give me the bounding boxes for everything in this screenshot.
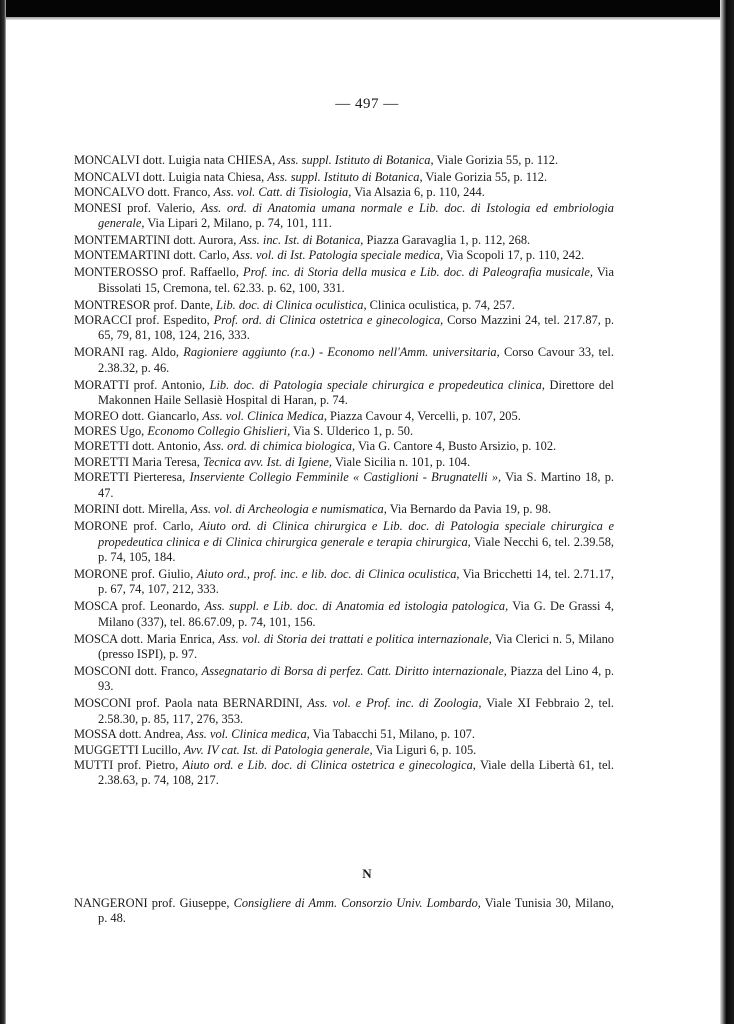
directory-entry: MONCALVO dott. Franco, Ass. vol. Catt. d… [74,185,614,200]
entry-role: Aiuto ord. e Lib. doc. di Clinica ostetr… [183,758,476,772]
directory-entry: MUGGETTI Lucillo, Avv. IV cat. Ist. di P… [74,743,614,758]
entry-name: MORETTI [74,439,129,453]
entry-name: MORONE [74,567,128,581]
entry-title: prof. Giulio, [128,567,197,581]
entry-title: prof. Pietro, [113,758,182,772]
directory-entry: MORANI rag. Aldo, Ragioniere aggiunto (r… [74,345,614,376]
scan-page-edge [6,17,724,20]
page-number: — 497 — [0,96,734,113]
scan-top-border [0,0,734,17]
entry-role: Prof. inc. di Storia della musica e Lib.… [243,265,593,279]
entry-role: Ass. suppl. Istituto di Botanica, [278,153,433,167]
entry-name: MOREO [74,409,119,423]
entry-role: Tecnica avv. Ist. di Igiene, [203,455,332,469]
entry-role: Lib. doc. di Clinica oculistica, [216,298,366,312]
entry-address: Via Tabacchi 51, Milano, p. 107. [310,727,475,741]
entry-role: Consigliere di Amm. Consorzio Univ. Lomb… [234,896,481,910]
entry-name: MONTRESOR [74,298,150,312]
entry-address: Viale Sicilia n. 101, p. 104. [332,455,470,469]
entry-name: MUGGETTI [74,743,139,757]
directory-entry: MOSSA dott. Andrea, Ass. vol. Clinica me… [74,727,614,742]
entry-title: prof. Carlo, [128,519,199,533]
entry-title: dott. Carlo, [170,248,232,262]
entry-address: Via Lipari 2, Milano, p. 74, 101, 111. [144,216,331,230]
entry-name: MORONE [74,519,128,533]
entry-title: dott. Mirella, [119,502,190,516]
entry-title: Pierteresa, [129,470,189,484]
directory-entries-m: MONCALVI dott. Luigia nata CHIESA, Ass. … [74,153,614,789]
directory-entry: MOREO dott. Giancarlo, Ass. vol. Clinica… [74,409,614,424]
entry-role: Ass. vol. Clinica Medica, [202,409,327,423]
directory-entry: MONTEMARTINI dott. Carlo, Ass. vol. di I… [74,248,614,263]
entry-name: MONTEROSSO [74,265,158,279]
entry-address: Via S. Ulderico 1, p. 50. [290,424,413,438]
entry-name: MOSCA [74,599,117,613]
entry-name: MONCALVO [74,185,144,199]
entry-name: MUTTI [74,758,113,772]
entry-title: Ugo, [117,424,148,438]
entry-name: MONESI [74,201,122,215]
entry-address: Viale Gorizia 55, p. 112. [434,153,559,167]
directory-entry: NANGERONI prof. Giuseppe, Consigliere di… [74,896,614,927]
directory-entry: MORETTI dott. Antonio, Ass. ord. di chim… [74,439,614,454]
entry-role: Lib. doc. di Patologia speciale chirurgi… [210,378,545,392]
entry-address: Via Bernardo da Pavia 19, p. 98. [387,502,551,516]
entry-title: prof. Espedito, [132,313,214,327]
entry-title: dott. Maria Enrica, [117,632,218,646]
entry-address: Piazza Cavour 4, Vercelli, p. 107, 205. [327,409,521,423]
directory-entry: MORONE prof. Giulio, Aiuto ord., prof. i… [74,567,614,598]
entry-title: dott. Franco, [144,185,213,199]
directory-entry: MONCALVI dott. Luigia nata Chiesa, Ass. … [74,170,614,185]
directory-entry: MORETTI Maria Teresa, Tecnica avv. Ist. … [74,455,614,470]
entry-role: Ass. suppl. e Lib. doc. di Anatomia ed i… [205,599,509,613]
directory-entries-n: NANGERONI prof. Giuseppe, Consigliere di… [74,896,614,927]
entry-title: prof. Paola nata BERNARDINI, [131,696,307,710]
entry-title: dott. Luigia nata Chiesa, [140,170,268,184]
entry-role: Ass. vol. di Storia dei trattati e polit… [218,632,491,646]
entry-name: MOSSA [74,727,116,741]
directory-entry: MONESI prof. Valerio, Ass. ord. di Anato… [74,201,614,232]
entry-role: Aiuto ord., prof. inc. e lib. doc. di Cl… [197,567,460,581]
entry-title: dott. Franco, [131,664,201,678]
entry-name: MONTEMARTINI [74,248,170,262]
entry-name: MOSCONI [74,664,131,678]
entry-address: Clinica oculistica, p. 74, 257. [367,298,515,312]
entry-address: Via Liguri 6, p. 105. [373,743,477,757]
entry-name: MORES [74,424,117,438]
directory-entry: MOSCONI prof. Paola nata BERNARDINI, Ass… [74,696,614,727]
entry-title: dott. Luigia nata CHIESA, [140,153,279,167]
entry-name: MORINI [74,502,119,516]
section-heading: N [0,866,734,882]
entry-title: prof. Raffaello, [158,265,243,279]
entry-address: Via Scopoli 17, p. 110, 242. [443,248,584,262]
entry-address: Via G. Cantore 4, Busto Arsizio, p. 102. [355,439,556,453]
directory-entry: MORACCI prof. Espedito, Prof. ord. di Cl… [74,313,614,344]
directory-entry: MUTTI prof. Pietro, Aiuto ord. e Lib. do… [74,758,614,789]
directory-entry: MORINI dott. Mirella, Ass. vol. di Arche… [74,502,614,517]
entry-title: prof. Dante, [150,298,216,312]
entry-role: Economo Collegio Ghislieri, [147,424,290,438]
entry-title: dott. Giancarlo, [119,409,203,423]
entry-title: rag. Aldo, [124,345,183,359]
entry-title: prof. Antonio, [129,378,210,392]
entry-role: Inserviente Collegio Femminile « Castigl… [190,470,502,484]
entry-role: Ass. vol. Clinica medica, [187,727,310,741]
entry-name: MONCALVI [74,170,140,184]
directory-entry: MORETTI Pierteresa, Inserviente Collegio… [74,470,614,501]
entry-name: MORATTI [74,378,129,392]
entry-name: MOSCA [74,632,117,646]
entry-role: Ragioniere aggiunto (r.a.) - Economo nel… [183,345,499,359]
entry-name: MORETTI [74,455,129,469]
entry-role: Ass. ord. di chimica biologica, [204,439,355,453]
entry-role: Avv. IV cat. Ist. di Patologia generale, [184,743,373,757]
entry-title: dott. Aurora, [170,233,239,247]
directory-entry: MONTEROSSO prof. Raffaello, Prof. inc. d… [74,265,614,296]
entry-role: Ass. inc. Ist. di Botanica, [239,233,363,247]
entry-address: Viale Gorizia 55, p. 112. [423,170,548,184]
entry-title: prof. Valerio, [122,201,201,215]
entry-name: MONCALVI [74,153,140,167]
directory-entry: MONTRESOR prof. Dante, Lib. doc. di Clin… [74,298,614,313]
entry-address: Piazza Garavaglia 1, p. 112, 268. [363,233,530,247]
directory-entry: MONCALVI dott. Luigia nata CHIESA, Ass. … [74,153,614,168]
entry-role: Ass. vol. di Ist. Patologia speciale med… [233,248,444,262]
entry-role: Ass. suppl. Istituto di Botanica, [267,170,422,184]
entry-role: Ass. vol. Catt. di Tisiologia, [214,185,352,199]
entry-role: Assegnatario di Borsa di perfez. Catt. D… [202,664,507,678]
entry-title: dott. Antonio, [129,439,204,453]
entry-role: Prof. ord. di Clinica ostetrica e gineco… [214,313,444,327]
entry-role: Ass. vol. di Archeologia e numismatica, [191,502,387,516]
entry-title: prof. Leonardo, [117,599,204,613]
entry-title: Maria Teresa, [129,455,203,469]
entry-name: MOSCONI [74,696,131,710]
entry-role: Ass. vol. e Prof. inc. di Zoologia, [307,696,481,710]
directory-entry: MORONE prof. Carlo, Aiuto ord. di Clinic… [74,519,614,565]
entry-name: NANGERONI [74,896,148,910]
entry-name: MORANI [74,345,124,359]
directory-entry: MOSCONI dott. Franco, Assegnatario di Bo… [74,664,614,695]
entry-title: dott. Andrea, [116,727,187,741]
directory-entry: MORATTI prof. Antonio, Lib. doc. di Pato… [74,378,614,409]
entry-address: Via Alsazia 6, p. 110, 244. [351,185,484,199]
entry-name: MORETTI [74,470,129,484]
directory-entry: MONTEMARTINI dott. Aurora, Ass. inc. Ist… [74,233,614,248]
directory-entry: MORES Ugo, Economo Collegio Ghislieri, V… [74,424,614,439]
entry-name: MORACCI [74,313,132,327]
entry-title: Lucillo, [139,743,184,757]
entry-name: MONTEMARTINI [74,233,170,247]
entry-title: prof. Giuseppe, [148,896,234,910]
directory-entry: MOSCA prof. Leonardo, Ass. suppl. e Lib.… [74,599,614,630]
directory-entry: MOSCA dott. Maria Enrica, Ass. vol. di S… [74,632,614,663]
